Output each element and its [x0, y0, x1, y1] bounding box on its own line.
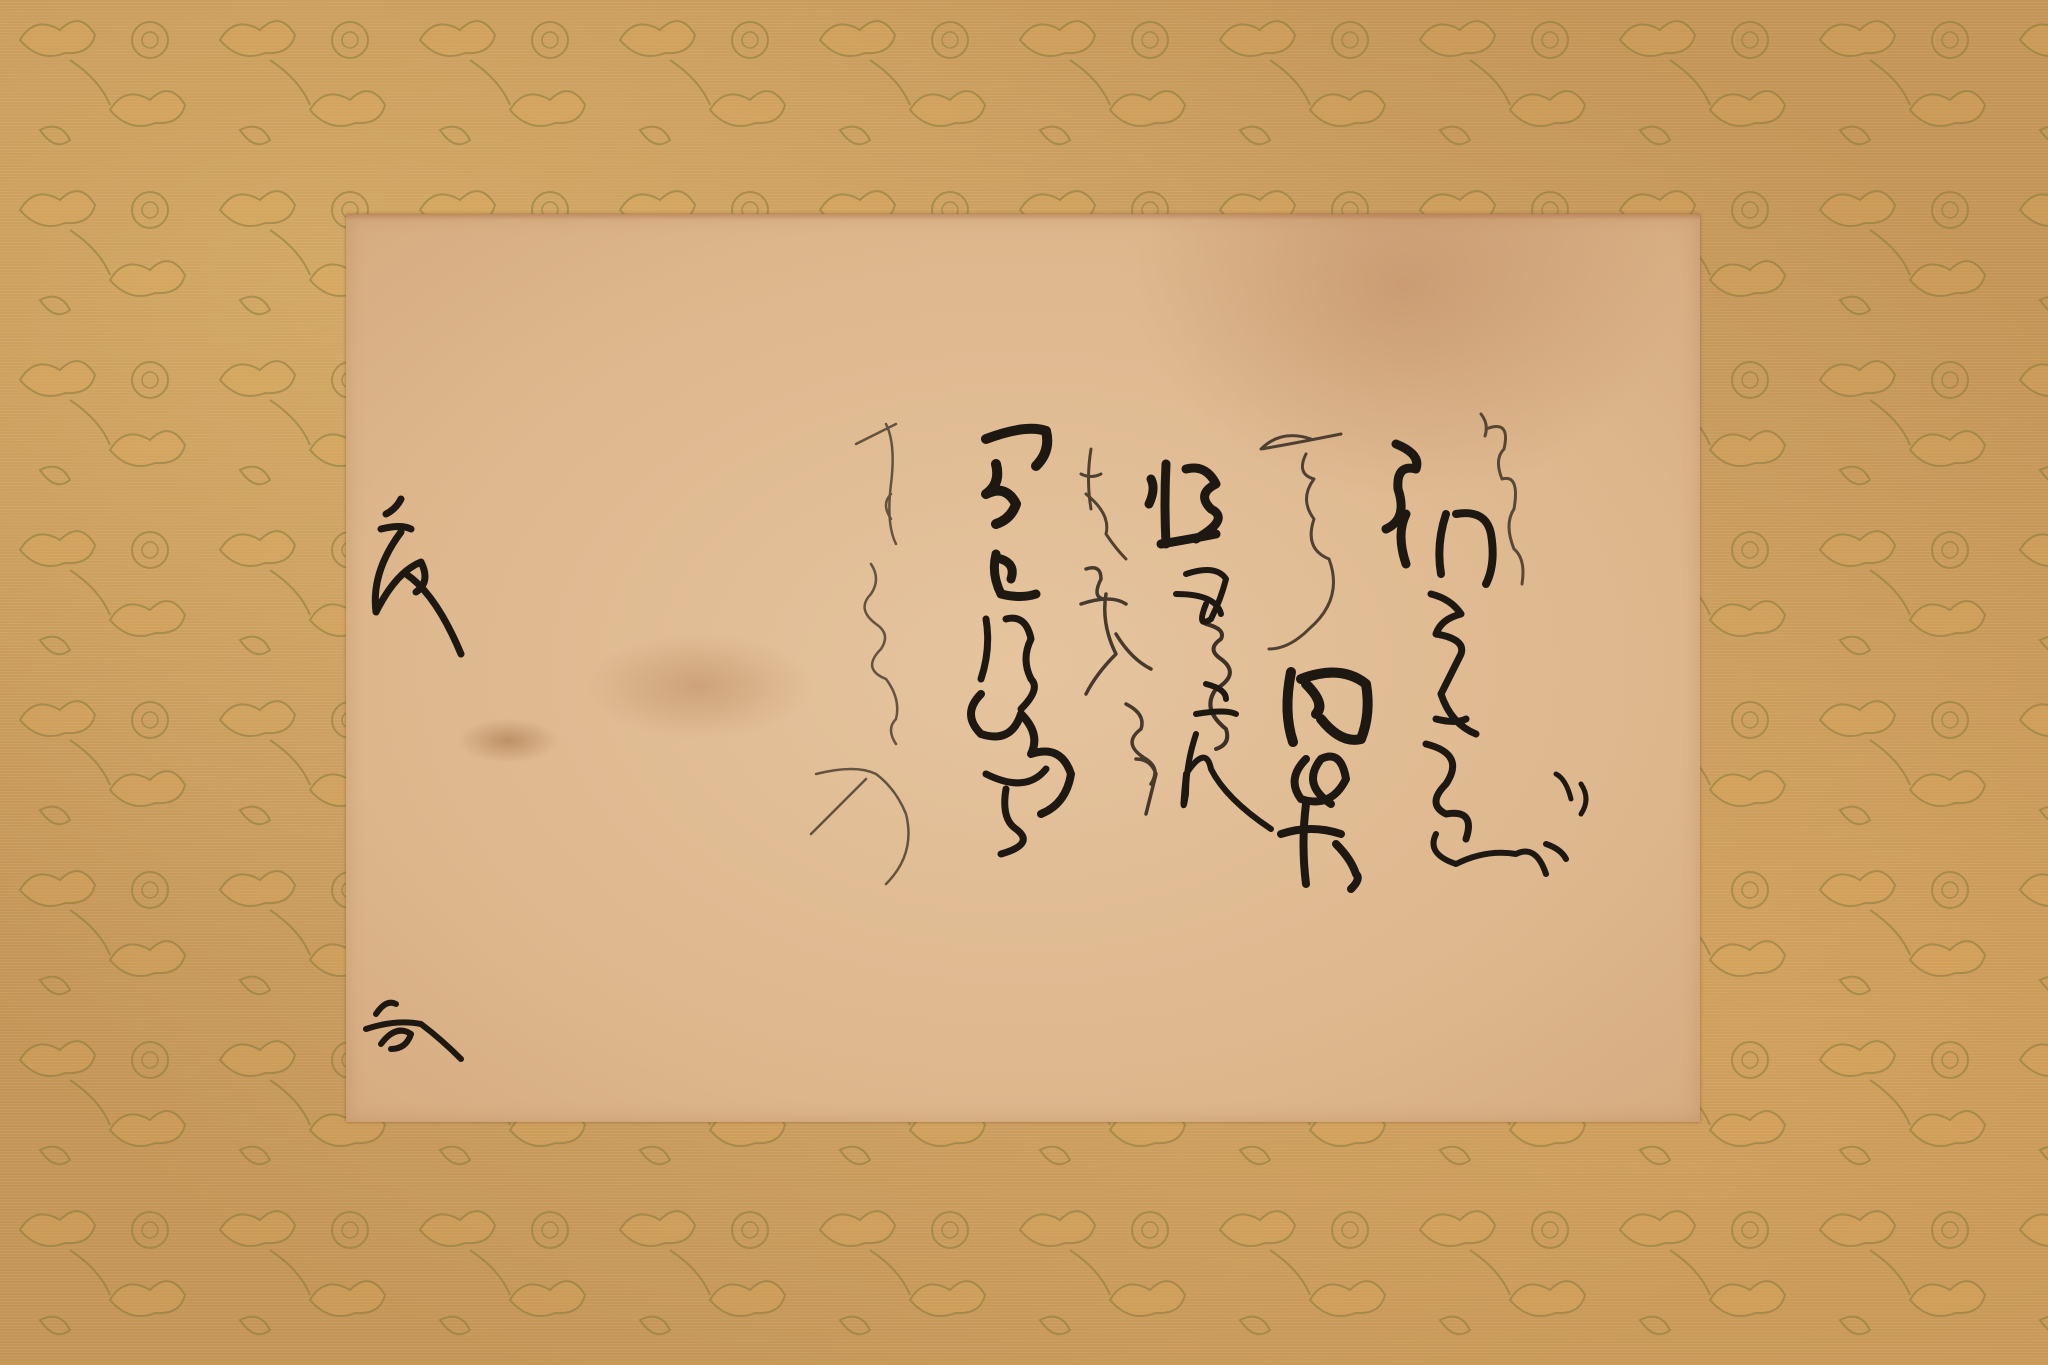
calligraphy-paper: さかりつや ふ胡きん露れは みすつ岡のれ 怪みかさき三夜 まそきみそかきる 百と…	[346, 214, 1700, 1122]
calligraphy-ink-strokes	[346, 214, 1700, 1122]
